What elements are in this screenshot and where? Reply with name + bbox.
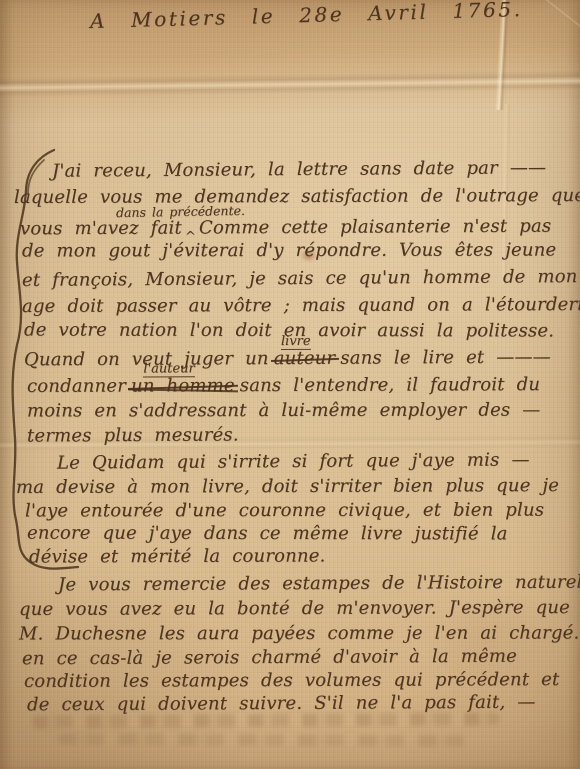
letter-line-2: laquelle vous me demandez satisfaction d… xyxy=(14,186,580,208)
line-text: Comme cette plaisanterie n'est pas xyxy=(199,216,551,239)
letter-line-15: encore que j'aye dans ce même livre just… xyxy=(27,524,508,545)
letter-line-17: Je vous remercie des estampes de l'Histo… xyxy=(58,573,580,596)
inserted-word-above: l'auteur xyxy=(143,362,194,377)
line-text: sans l'entendre, il faudroit du xyxy=(240,374,540,396)
line-text: sans le lire et ——— xyxy=(340,347,551,369)
letter-line-14: l'aye entourée d'une couronne civique, e… xyxy=(25,501,544,522)
letter-line-16: dévise et mérité la couronne. xyxy=(29,546,326,567)
line-text: condanner xyxy=(27,376,126,397)
line-text: vous m'avez fait xyxy=(20,218,182,240)
letter-line-4: de mon gout j'éviterai d'y répondre. Vou… xyxy=(22,241,556,262)
letter-line-10: moins en s'addressant à lui-même employe… xyxy=(27,401,541,422)
letter-line-20: en ce cas-là je serois charmé d'avoir à … xyxy=(22,647,517,669)
letter-line-19: M. Duchesne les aura payées comme je l'e… xyxy=(19,624,579,645)
inserted-word-above: livre xyxy=(281,335,311,350)
struck-word: auteur xyxy=(274,349,336,369)
letter-line-21: condition les estampes des volumes qui p… xyxy=(24,670,560,692)
letter-line-1: J'ai receu, Monsieur, la lettre sans dat… xyxy=(52,158,546,181)
letter-line-9: condannerun hommel'auteursans l'entendre… xyxy=(27,375,540,397)
letter-line-3: vous m'avez fait^Comme cette plaisanteri… xyxy=(20,217,551,240)
letter-line-18: que vous avez eu la bonté de m'envoyer. … xyxy=(19,598,570,620)
letter-line-11: termes plus mesurés. xyxy=(27,425,239,446)
letter-line-6: age doit passer au vôtre ; mais quand on… xyxy=(22,295,580,317)
struck-word: un homme xyxy=(131,376,235,396)
letter-line-8: Quand on veut juger unauteurlivresans le… xyxy=(24,348,551,371)
letter-photo: A Motiers le 28e Avril 1765. J'ai receu,… xyxy=(0,0,580,769)
letter-line-5: et françois, Monsieur, je sais ce qu'un … xyxy=(22,267,578,291)
letter-line-13: ma devise à mon livre, doit s'irriter bi… xyxy=(16,476,559,498)
letter-line-22: de ceux qui doivent suivre. S'il ne l'a … xyxy=(27,693,536,715)
letter-line-12: Le Quidam qui s'irrite si fort que j'aye… xyxy=(57,450,530,473)
